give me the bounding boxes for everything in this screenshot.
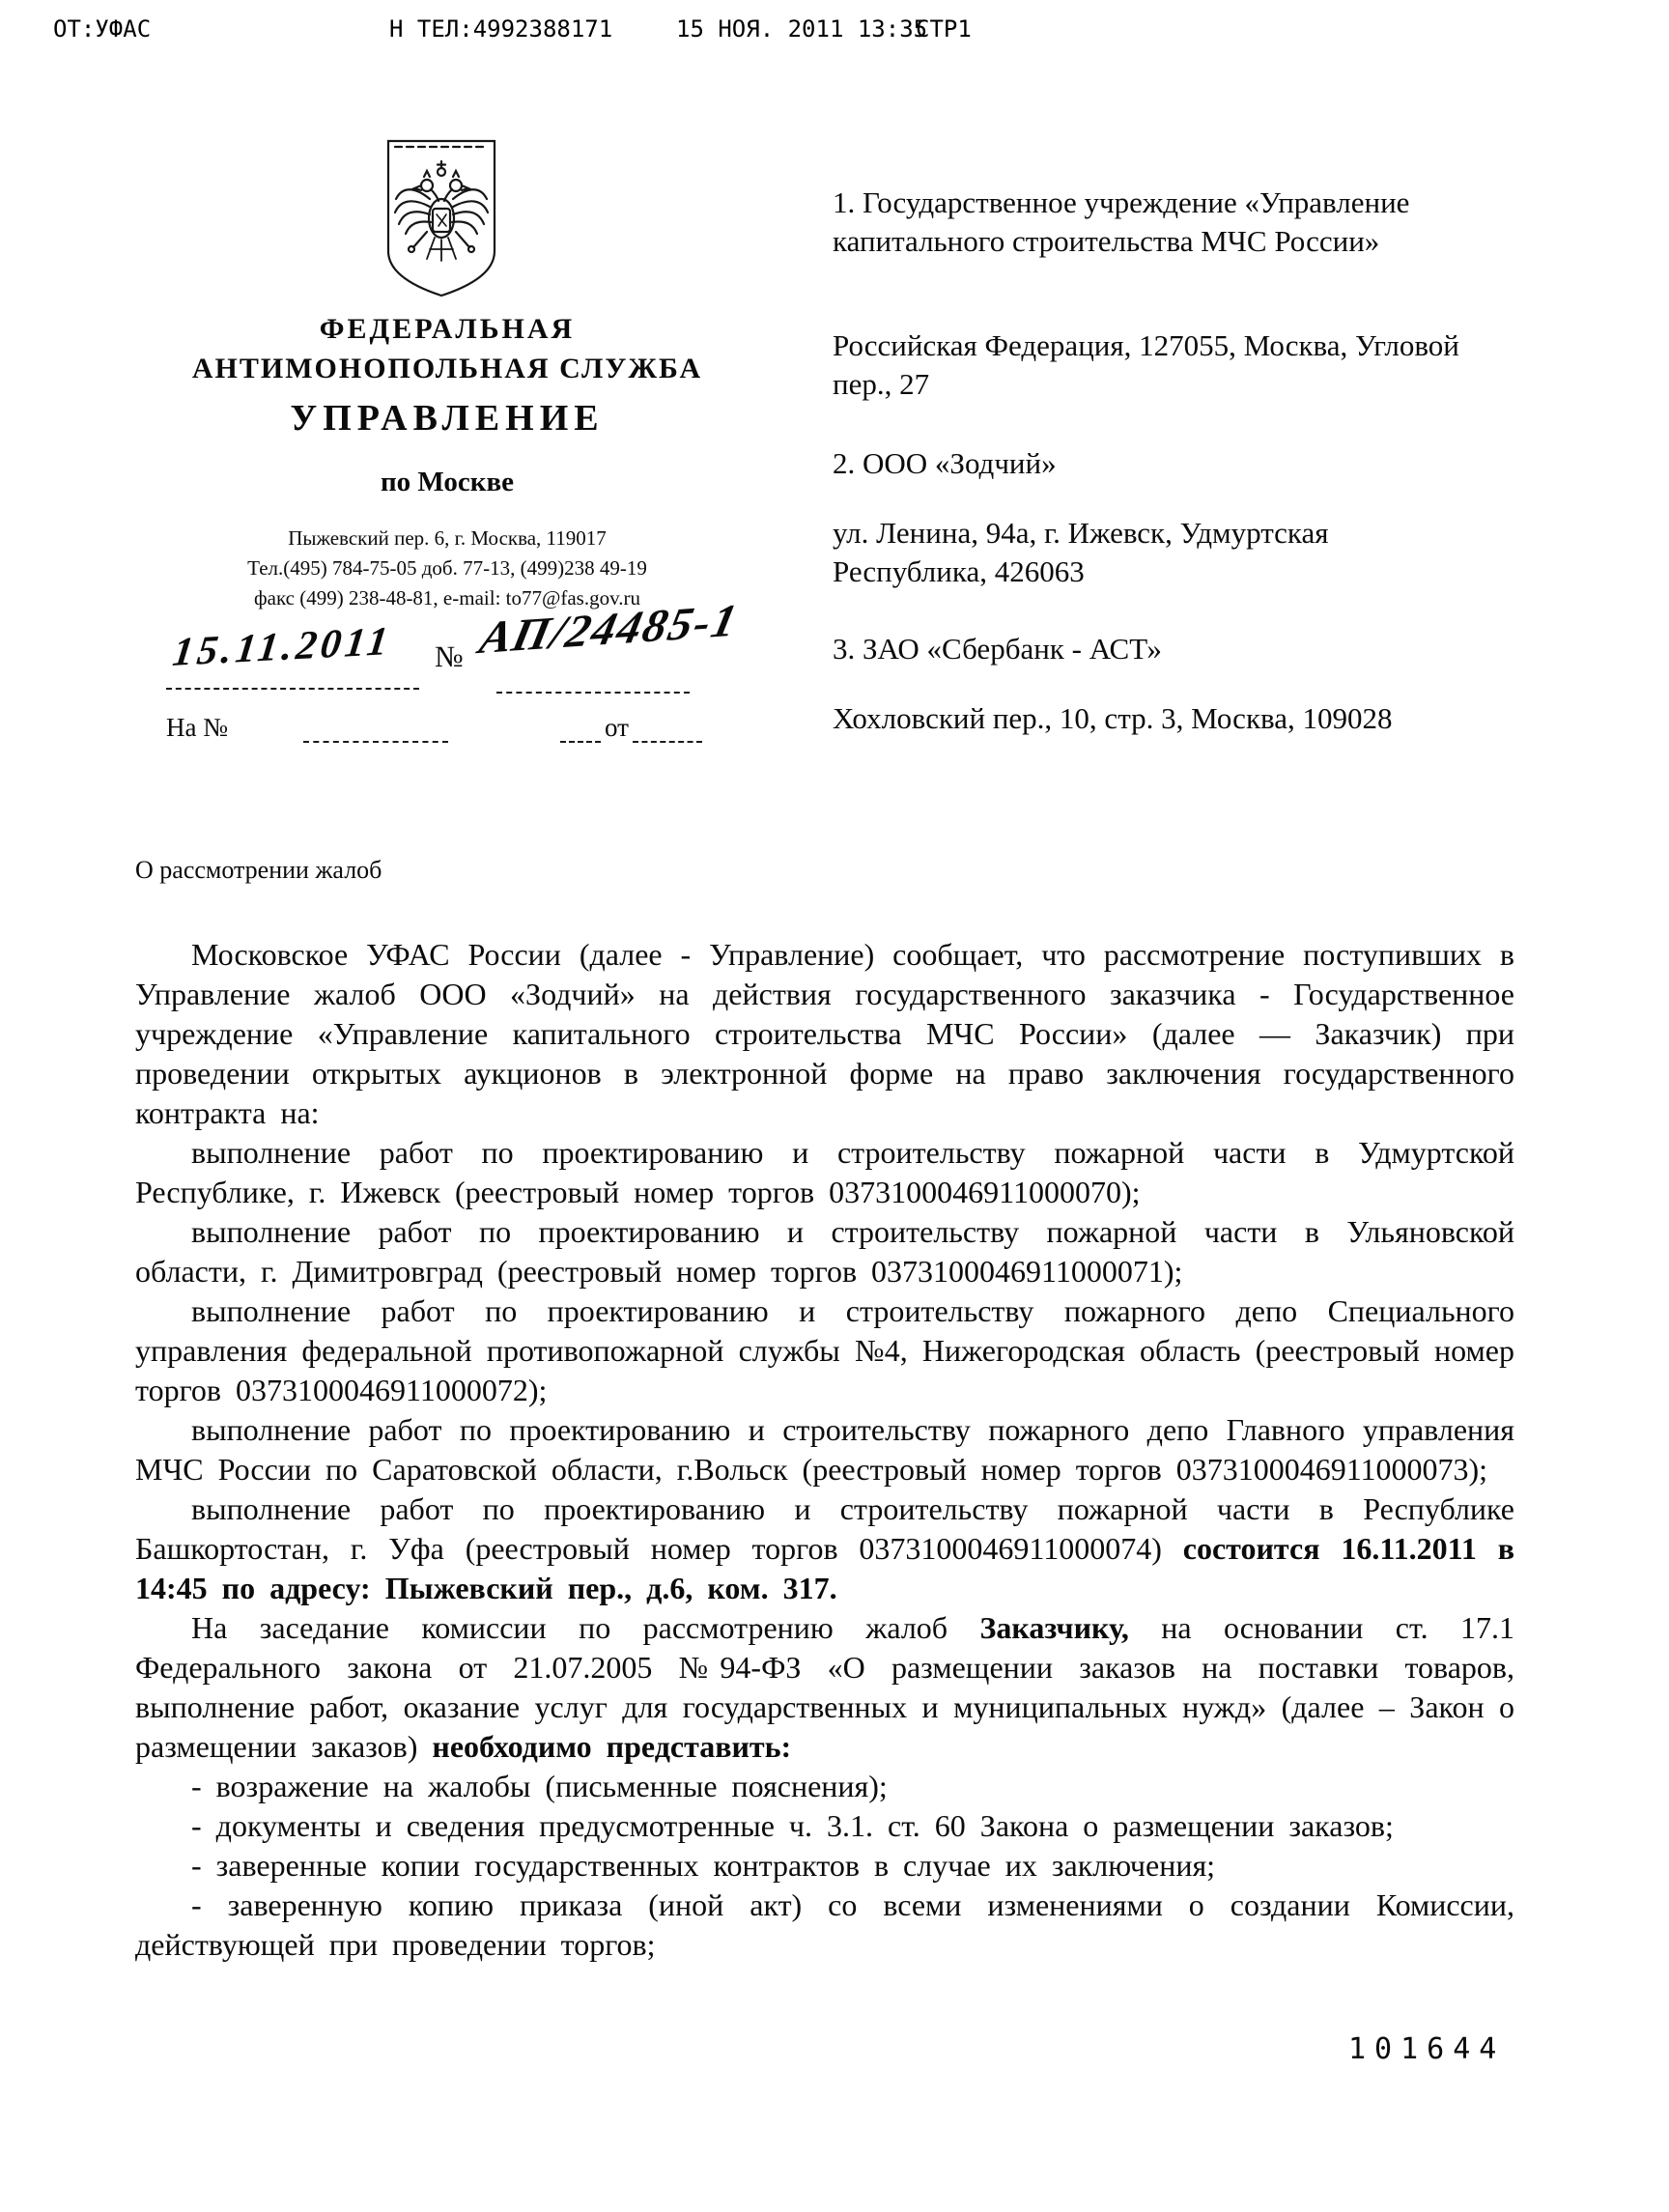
requirement-item-contracts: - заверенные копии государственных контр… <box>135 1846 1514 1886</box>
requirement-item-objections: - возражение на жалобы (письменные поясн… <box>135 1767 1514 1806</box>
fax-transmission-header: ОТ:УФАС Н ТЕЛ:4992388171 15 НОЯ. 2011 13… <box>0 15 1669 54</box>
fax-page-number: СТР1 <box>916 15 972 43</box>
scanned-fax-letter-page: ОТ:УФАС Н ТЕЛ:4992388171 15 НОЯ. 2011 13… <box>0 0 1669 2212</box>
reference-row: На № от <box>166 713 702 743</box>
registration-stamp-number: 101644 <box>1348 2032 1505 2066</box>
requirements-bold-must-provide: необходимо представить: <box>432 1729 791 1764</box>
requirement-item-documents: - документы и сведения предусмотренные ч… <box>135 1806 1514 1846</box>
recipient-1-name: 1. Государственное учреждение «Управлени… <box>833 184 1475 261</box>
recipient-2-address: ул. Ленина, 94а, г. Ижевск, Удмуртская Р… <box>833 514 1475 591</box>
org-name-line1: ФЕДЕРАЛЬНАЯ <box>114 313 780 346</box>
fax-sender-label: ОТ:УФАС <box>53 15 151 43</box>
recipient-1-address: Российская Федерация, 127055, Москва, Уг… <box>833 326 1475 404</box>
org-postal-address: Пыжевский пер. 6, г. Москва, 119017 <box>114 524 780 553</box>
requirements-text-1: На заседание комиссии по рассмотрению жа… <box>191 1610 979 1645</box>
body-paragraph-lot-72: выполнение работ по проектированию и стр… <box>135 1291 1514 1410</box>
handwritten-date: 15.11.2011 <box>170 618 394 676</box>
body-paragraph-requirements: На заседание комиссии по рассмотрению жа… <box>135 1608 1514 1767</box>
org-name-line3: УПРАВЛЕНИЕ <box>114 397 780 440</box>
body-paragraph-lot-71: выполнение работ по проектированию и стр… <box>135 1212 1514 1291</box>
number-underline <box>496 692 690 694</box>
org-phone-line: Тел.(495) 784-75-05 доб. 77-13, (499)238… <box>114 553 780 583</box>
outgoing-number-sign: № <box>435 639 464 674</box>
reference-label: На № <box>166 713 228 743</box>
org-region-line: по Москве <box>114 467 780 498</box>
recipient-3-address: Хохловский пер., 10, стр. 3, Москва, 109… <box>833 699 1475 738</box>
reference-blank-line <box>560 733 601 743</box>
reference-blank-line <box>303 733 448 743</box>
reference-from-label: от <box>605 713 629 743</box>
body-paragraph-lot-74: выполнение работ по проектированию и стр… <box>135 1489 1514 1608</box>
fax-phone-label: Н ТЕЛ:4992388171 <box>389 15 612 43</box>
date-underline <box>166 688 419 690</box>
body-paragraph-lot-70: выполнение работ по проектированию и стр… <box>135 1133 1514 1212</box>
recipient-3-name: 3. ЗАО «Сбербанк - АСТ» <box>833 630 1475 668</box>
body-paragraph-intro: Московское УФАС России (далее - Управлен… <box>135 935 1514 1133</box>
reference-blank-line <box>633 733 702 743</box>
recipient-2-name: 2. ООО «Зодчий» <box>833 444 1475 483</box>
requirement-item-order-copy: - заверенную копию приказа (иной акт) со… <box>135 1886 1514 1965</box>
body-paragraph-lot-73: выполнение работ по проектированию и стр… <box>135 1410 1514 1489</box>
requirements-bold-customer: Заказчику, <box>979 1610 1128 1645</box>
letter-body: Московское УФАС России (далее - Управлен… <box>135 935 1514 1965</box>
russian-coat-of-arms-icon <box>379 133 504 303</box>
letterhead: ФЕДЕРАЛЬНАЯ АНТИМОНОПОЛЬНАЯ СЛУЖБА УПРАВ… <box>114 313 780 613</box>
org-name-line2: АНТИМОНОПОЛЬНАЯ СЛУЖБА <box>114 353 780 385</box>
fax-datetime-label: 15 НОЯ. 2011 13:35 <box>676 15 927 43</box>
letter-subject: О рассмотрении жалоб <box>135 856 382 885</box>
